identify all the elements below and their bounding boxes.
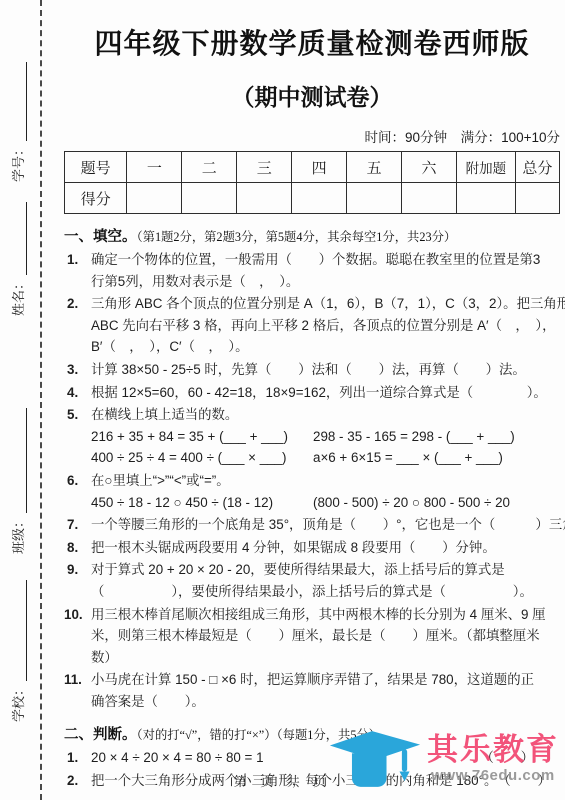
brand-url: www.76edu.com <box>431 767 554 785</box>
margin-field-blank <box>13 408 27 513</box>
page-title: 四年级下册数学质量检测卷西师版 <box>64 22 560 62</box>
question-7: 7. 一个等腰三角形的一个底角是 35°，顶角是（ ）°，它也是一个（ ）三角形… <box>64 514 560 536</box>
score-cell <box>237 183 292 214</box>
question-line: 数） <box>91 647 560 669</box>
brand-text: 其乐教育 www.76edu.com <box>427 733 559 785</box>
question-number: 4. <box>64 382 91 404</box>
score-header-cell: 六 <box>402 152 457 183</box>
question-line: ABC 先向右平移 3 格，再向上平移 2 格后，各顶点的位置分别是 A′（ ，… <box>91 315 560 337</box>
question-line: 用三根木棒首尾顺次相接组成三角形，其中两根木棒的长分别为 4 厘米、9 厘 <box>91 604 560 626</box>
question-number: 8. <box>64 537 91 559</box>
brand-logo: 其乐教育 www.76edu.com <box>327 728 559 790</box>
margin-field-student-id: 学号： <box>9 62 27 182</box>
question-line: 在横线上填上适当的数。 <box>91 404 560 426</box>
score-header-cell: 题号 <box>65 152 127 183</box>
score-header-cell: 四 <box>292 152 347 183</box>
question-line: 对于算式 20 + 20 × 20 - 20，要使所得结果最大，添上括号后的算式… <box>91 559 560 581</box>
margin-field-label: 学号： <box>8 143 27 182</box>
score-cell <box>402 183 457 214</box>
question-line: 20 × 4 ÷ 20 × 4 = 80 ÷ 80 = 1 <box>91 747 264 769</box>
score-cell <box>456 183 515 214</box>
question-number: 6. <box>64 470 91 513</box>
question-line: 小马虎在计算 150 - □ ×6 时，把运算顺序弄错了，结果是 780，这道题… <box>91 669 560 691</box>
score-cell <box>127 183 182 214</box>
comparison: (800 - 500) ÷ 20 ○ 800 - 500 ÷ 20 <box>313 492 510 514</box>
equation: a×6 + 6×15 = ___ × (___ + ___) <box>313 447 503 469</box>
question-line: B′（ ， ），C′（ ， ）。 <box>91 336 560 358</box>
equation: 400 ÷ 25 ÷ 4 = 400 ÷ (___ × ___) <box>91 447 313 469</box>
question-line: 计算 38×50 - 25÷5 时，先算（ ）法和（ ）法，再算（ ）法。 <box>91 359 560 381</box>
question-line: 三角形 ABC 各个顶点的位置分别是 A（1，6），B（7，1），C（3，2）。… <box>91 293 560 315</box>
question-6: 6. 在○里填上“>”“<”或“=”。 450 ÷ 18 - 12 ○ 450 … <box>64 470 560 513</box>
question-line: 在○里填上“>”“<”或“=”。 <box>91 470 560 492</box>
question-number: 1. <box>64 747 91 769</box>
score-header-cell: 二 <box>182 152 237 183</box>
question-line: 确答案是（ ）。 <box>91 691 560 713</box>
margin-field-school: 学校： <box>9 580 27 722</box>
section-heading-title: 二、判断。 <box>64 727 137 743</box>
score-row-label: 得分 <box>65 183 127 214</box>
margin-field-blank <box>13 62 27 141</box>
score-cell <box>515 183 559 214</box>
score-header-cell: 总分 <box>515 152 559 183</box>
score-table: 题号 一 二 三 四 五 六 附加题 总分 得分 <box>64 151 560 214</box>
section-heading-title: 一、填空。 <box>64 229 137 245</box>
fold-dashed-line <box>40 0 42 800</box>
question-2: 2. 三角形 ABC 各个顶点的位置分别是 A（1，6），B（7，1），C（3，… <box>64 293 560 358</box>
margin-field-label: 姓名： <box>8 277 27 316</box>
time-score-info: 时间：90分钟 满分：100+10分 <box>64 126 560 146</box>
question-line: 根据 12×5=60，60 - 42=18，18×9=162，列出一道综合算式是… <box>91 382 560 404</box>
question-number: 11. <box>64 669 91 712</box>
equation: 298 - 35 - 165 = 298 - (___ + ___) <box>313 426 515 448</box>
question-number: 1. <box>64 249 91 292</box>
section-heading: 一、填空。（第1题2分，第2题3分，第5题4分，其余每空1分，共23分） <box>64 226 560 248</box>
question-line: 把一根木头锯成两段要用 4 分钟，如果锯成 8 段要用（ ）分钟。 <box>91 537 560 559</box>
margin-field-name: 姓名： <box>9 202 27 316</box>
margin-field-class: 班级： <box>9 408 27 554</box>
score-table-points-row: 得分 <box>65 183 560 214</box>
comparison-row: 450 ÷ 18 - 12 ○ 450 ÷ (18 - 12) (800 - 5… <box>91 492 560 514</box>
margin-field-blank <box>13 202 27 275</box>
question-number: 9. <box>64 559 91 602</box>
question-line: 米，则第三根木棒最短是（ ）厘米，最长是（ ）厘米。（都填整厘米 <box>91 625 560 647</box>
score-header-cell: 一 <box>127 152 182 183</box>
equation-row: 400 ÷ 25 ÷ 4 = 400 ÷ (___ × ___) a×6 + 6… <box>91 447 560 469</box>
exam-content: 四年级下册数学质量检测卷西师版 （期中测试卷） 时间：90分钟 满分：100+1… <box>64 0 560 792</box>
question-1: 1. 确定一个物体的位置，一般需用（ ）个数据。聪聪在教室里的位置是第3 行第5… <box>64 249 560 292</box>
question-8: 8. 把一根木头锯成两段要用 4 分钟，如果锯成 8 段要用（ ）分钟。 <box>64 537 560 559</box>
score-cell <box>292 183 347 214</box>
question-number: 7. <box>64 514 91 536</box>
score-header-cell: 附加题 <box>456 152 515 183</box>
comparison: 450 ÷ 18 - 12 ○ 450 ÷ (18 - 12) <box>91 492 313 514</box>
section-heading-note: （第1题2分，第2题3分，第5题4分，其余每空1分，共23分） <box>137 230 457 244</box>
question-number: 5. <box>64 404 91 469</box>
score-header-cell: 五 <box>347 152 402 183</box>
equation: 216 + 35 + 84 = 35 + (___ + ___) <box>91 426 313 448</box>
page-subtitle: （期中测试卷） <box>64 79 560 112</box>
question-line: 一个等腰三角形的一个底角是 35°，顶角是（ ）°，它也是一个（ ）三角形。 <box>91 514 560 536</box>
margin-field-blank <box>13 580 27 681</box>
graduation-cap-icon <box>327 728 423 790</box>
score-header-cell: 三 <box>237 152 292 183</box>
score-cell <box>182 183 237 214</box>
question-number: 2. <box>64 293 91 358</box>
exam-paper-page: 学号： 姓名： 班级： 学校： 四年级下册数学质量检测卷西师版 （期中测试卷） … <box>0 0 565 800</box>
brand-name: 其乐教育 <box>427 733 559 767</box>
question-number: 3. <box>64 359 91 381</box>
question-3: 3. 计算 38×50 - 25÷5 时，先算（ ）法和（ ）法，再算（ ）法。 <box>64 359 560 381</box>
section-fill-in-blanks: 一、填空。（第1题2分，第2题3分，第5题4分，其余每空1分，共23分） 1. … <box>64 226 560 712</box>
equation-row: 216 + 35 + 84 = 35 + (___ + ___) 298 - 3… <box>91 426 560 448</box>
question-line: （ ），要使所得结果最小，添上括号后的算式是（ ）。 <box>91 581 560 603</box>
margin-field-label: 班级： <box>8 515 27 554</box>
question-4: 4. 根据 12×5=60，60 - 42=18，18×9=162，列出一道综合… <box>64 382 560 404</box>
question-line: 确定一个物体的位置，一般需用（ ）个数据。聪聪在教室里的位置是第3 <box>91 249 560 271</box>
question-11: 11. 小马虎在计算 150 - □ ×6 时，把运算顺序弄错了，结果是 780… <box>64 669 560 712</box>
question-number: 10. <box>64 604 91 669</box>
question-line: 行第5列，用数对表示是（ ， ）。 <box>91 271 560 293</box>
score-table-header-row: 题号 一 二 三 四 五 六 附加题 总分 <box>65 152 560 183</box>
question-10: 10. 用三根木棒首尾顺次相接组成三角形，其中两根木棒的长分别为 4 厘米、9 … <box>64 604 560 669</box>
score-cell <box>347 183 402 214</box>
question-9: 9. 对于算式 20 + 20 × 20 - 20，要使所得结果最大，添上括号后… <box>64 559 560 602</box>
margin-field-label: 学校： <box>8 683 27 722</box>
question-5: 5. 在横线上填上适当的数。 216 + 35 + 84 = 35 + (___… <box>64 404 560 469</box>
